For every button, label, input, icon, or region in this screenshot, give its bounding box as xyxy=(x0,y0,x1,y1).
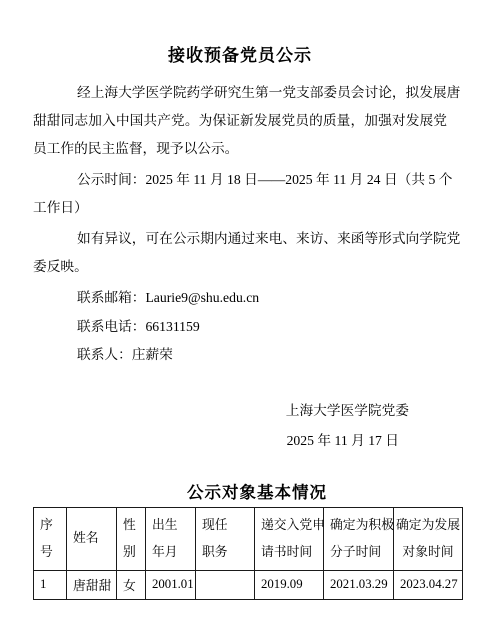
table-row: 1 唐甜甜 女 2001.01 2019.09 2021.03.29 2023.… xyxy=(34,570,463,599)
header-line: 别 xyxy=(123,539,145,566)
body-line: 工作日） xyxy=(33,194,447,222)
contact-email: 联系邮箱：Laurie9@shu.edu.cn xyxy=(33,284,447,313)
basic-info-table: 序 号 姓名 性 别 出生 年月 现任 职务 xyxy=(33,507,463,600)
header-line: 出生 xyxy=(152,512,195,539)
header-line: 分子时间 xyxy=(330,539,393,566)
header-cell-gender: 性 别 xyxy=(117,507,146,570)
paragraph-publicity-period: 公示时间：2025 年 11 月 18 日——2025 年 11 月 24 日（… xyxy=(33,166,447,222)
signature-date: 2025 年 11 月 17 日 xyxy=(33,426,447,456)
header-line: 递交入党申 xyxy=(261,512,323,539)
body-line: 如有异议，可在公示期内通过来电、来访、来函等形式向学院党 xyxy=(33,225,447,253)
header-line: 职务 xyxy=(202,539,254,566)
cell-name: 唐甜甜 xyxy=(67,570,117,599)
document-page: 接收预备党员公示 经上海大学医学院药学研究生第一党支部委员会讨论，拟发展唐 甜甜… xyxy=(0,0,484,636)
header-cell-development-time: 确定为发展 对象时间 xyxy=(394,507,463,570)
body-line: 甜甜同志加入中国共产党。为保证新发展党员的质量，加强对发展党 xyxy=(33,107,447,135)
cell-activist-time: 2021.03.29 xyxy=(324,570,394,599)
header-cell-position: 现任 职务 xyxy=(196,507,255,570)
body-line: 委反映。 xyxy=(33,253,447,281)
header-line: 性 xyxy=(123,512,145,539)
cell-application-time: 2019.09 xyxy=(255,570,324,599)
cell-development-time: 2023.04.27 xyxy=(394,570,463,599)
header-line: 号 xyxy=(40,539,66,566)
header-line: 确定为积极 xyxy=(330,512,393,539)
header-cell-birth: 出生 年月 xyxy=(146,507,196,570)
body-line: 经上海大学医学院药学研究生第一党支部委员会讨论，拟发展唐 xyxy=(33,79,447,107)
document-title: 接收预备党员公示 xyxy=(33,46,447,66)
signature-org: 上海大学医学院党委 xyxy=(33,396,447,426)
header-cell-name: 姓名 xyxy=(67,507,117,570)
table-header-row: 序 号 姓名 性 别 出生 年月 现任 职务 xyxy=(34,507,463,570)
header-cell-application-time: 递交入党申 请书时间 xyxy=(255,507,324,570)
contact-block: 联系邮箱：Laurie9@shu.edu.cn 联系电话：66131159 联系… xyxy=(33,284,447,370)
header-line: 确定为发展 xyxy=(394,512,462,539)
header-line: 年月 xyxy=(152,539,195,566)
header-cell-serial: 序 号 xyxy=(34,507,67,570)
paragraph-intro: 经上海大学医学院药学研究生第一党支部委员会讨论，拟发展唐 甜甜同志加入中国共产党… xyxy=(33,79,447,163)
body-line: 员工作的民主监督，现予以公示。 xyxy=(33,135,447,163)
body-line: 公示时间：2025 年 11 月 18 日——2025 年 11 月 24 日（… xyxy=(33,166,447,194)
header-line: 请书时间 xyxy=(261,539,323,566)
contact-phone: 联系电话：66131159 xyxy=(33,313,447,342)
header-cell-activist-time: 确定为积极 分子时间 xyxy=(324,507,394,570)
header-line: 对象时间 xyxy=(394,539,462,566)
contact-person: 联系人：庄薪荣 xyxy=(33,341,447,370)
table-title: 公示对象基本情况 xyxy=(33,482,447,503)
cell-position xyxy=(196,570,255,599)
header-line: 姓名 xyxy=(73,525,116,552)
signature-block: 上海大学医学院党委 2025 年 11 月 17 日 xyxy=(33,396,447,456)
paragraph-objection: 如有异议，可在公示期内通过来电、来访、来函等形式向学院党 委反映。 xyxy=(33,225,447,281)
header-line: 序 xyxy=(40,512,66,539)
header-line: 现任 xyxy=(202,512,254,539)
cell-birth: 2001.01 xyxy=(146,570,196,599)
cell-gender: 女 xyxy=(117,570,146,599)
cell-serial: 1 xyxy=(34,570,67,599)
